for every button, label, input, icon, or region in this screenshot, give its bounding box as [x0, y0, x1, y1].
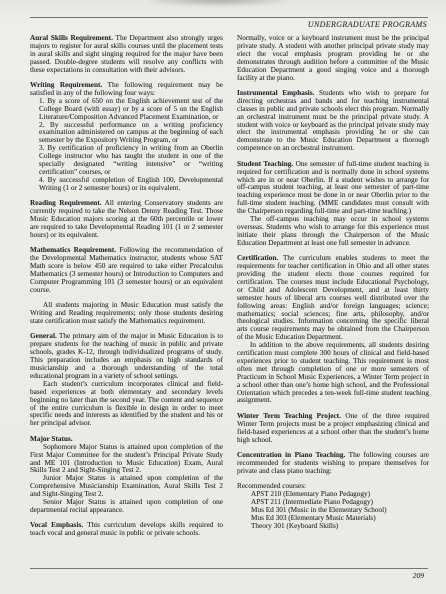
section-major-status: Major Status. Sophomore Major Status is … [30, 436, 223, 515]
paragraph: Writing Requirement. The following requi… [30, 82, 223, 98]
section-heading-student-teaching: Student Teaching. [237, 160, 293, 168]
section-heading-aural: Aural Skills Requirement. [30, 34, 113, 42]
footer-rule [30, 568, 428, 569]
page-number: 209 [30, 571, 424, 580]
section-heading-winter-term: Winter Term Teaching Project. [237, 412, 341, 420]
course-item: Theory 301 (Keyboard Skills) [251, 523, 429, 531]
section-vocal-continuation: Normally, voice or a keyboard instrument… [237, 35, 429, 82]
section-heading-piano: Concentration in Piano Teaching. [237, 451, 345, 459]
section-mathematics-requirement: Mathematics Requirement. Following the r… [30, 247, 223, 294]
section-text: The primary aim of the major in Music Ed… [30, 332, 223, 380]
paragraph: All students majoring in Music Education… [30, 302, 223, 326]
scan-artifact [148, 0, 288, 6]
list-item: 4. By successful completion of English 1… [39, 177, 223, 193]
catalog-page: UNDERGRADUATE PROGRAMS Aural Skills Requ… [0, 0, 446, 594]
section-recommended-courses: Recommended courses: APST 210 (Elementar… [237, 483, 429, 530]
recommended-courses-list: APST 210 (Elementary Piano Pedagogy) APS… [237, 491, 429, 531]
section-heading-text: Major Status. [30, 435, 73, 443]
paragraph-sophomore-status: Sophomore Major Status is attained upon … [30, 444, 223, 476]
section-text: Following the recommendation of the Deve… [30, 246, 223, 294]
section-heading-writing: Writing Requirement. [30, 81, 102, 89]
section-heading-certification: Certification. [237, 254, 278, 262]
section-student-teaching: Student Teaching. One semester of full-t… [237, 161, 429, 248]
list-item: 2. By successful performance on a writin… [39, 122, 223, 146]
paragraph: Certification. The curriculum enables st… [237, 255, 429, 342]
running-header: UNDERGRADUATE PROGRAMS [30, 20, 427, 29]
paragraph: Instrumental Emphasis. Students who wish… [237, 90, 429, 153]
section-vocal-emphasis: Vocal Emphasis. This curriculum develops… [30, 522, 223, 538]
paragraph: Aural Skills Requirement. The Department… [30, 35, 223, 75]
paragraph-senior-status: Senior Major Status is attained upon com… [30, 499, 223, 515]
right-column: Normally, voice or a keyboard instrument… [237, 35, 429, 531]
left-column: Aural Skills Requirement. The Department… [30, 35, 223, 538]
paragraph: Student Teaching. One semester of full-t… [237, 161, 429, 216]
paragraph: General. The primary aim of the major in… [30, 333, 223, 380]
paragraph-junior-status: Junior Major Status is attained upon com… [30, 475, 223, 499]
paragraph: Vocal Emphasis. This curriculum develops… [30, 522, 223, 538]
section-text: The curriculum enables students to meet … [237, 254, 429, 341]
header-rule [30, 17, 428, 18]
list-item: 3. By certification of proficiency in wr… [39, 145, 223, 177]
paragraph: Concentration in Piano Teaching. The fol… [237, 452, 429, 476]
section-text: Students who wish to prepare for directi… [237, 89, 429, 152]
list-item: 1. By a score of 650 on the English achi… [39, 98, 223, 122]
section-reading-requirement: Reading Requirement. All entering Conser… [30, 200, 223, 240]
section-heading-instrumental: Instrumental Emphasis. [237, 89, 314, 97]
section-writing-requirement: Writing Requirement. The following requi… [30, 82, 223, 193]
section-piano-concentration: Concentration in Piano Teaching. The fol… [237, 452, 429, 476]
paragraph: The off-campus teaching may occur in sch… [237, 216, 429, 248]
section-winter-term-project: Winter Term Teaching Project. One of the… [237, 413, 429, 445]
paragraph: Normally, voice or a keyboard instrument… [237, 35, 429, 82]
paragraph: In addition to the above requirements, a… [237, 342, 429, 405]
paragraph: Winter Term Teaching Project. One of the… [237, 413, 429, 445]
section-certification: Certification. The curriculum enables st… [237, 255, 429, 405]
section-aural-skills: Aural Skills Requirement. The Department… [30, 35, 223, 75]
section-all-students-note: All students majoring in Music Education… [30, 302, 223, 326]
paragraph: Mathematics Requirement. Following the r… [30, 247, 223, 294]
section-instrumental-emphasis: Instrumental Emphasis. Students who wish… [237, 90, 429, 153]
writing-options-list: 1. By a score of 650 on the English achi… [30, 98, 223, 193]
paragraph: Reading Requirement. All entering Conser… [30, 200, 223, 240]
section-text: One semester of full-time student teachi… [237, 160, 429, 215]
section-general: General. The primary aim of the major in… [30, 333, 223, 428]
paragraph: Each student’s curriculum incorporates c… [30, 381, 223, 428]
